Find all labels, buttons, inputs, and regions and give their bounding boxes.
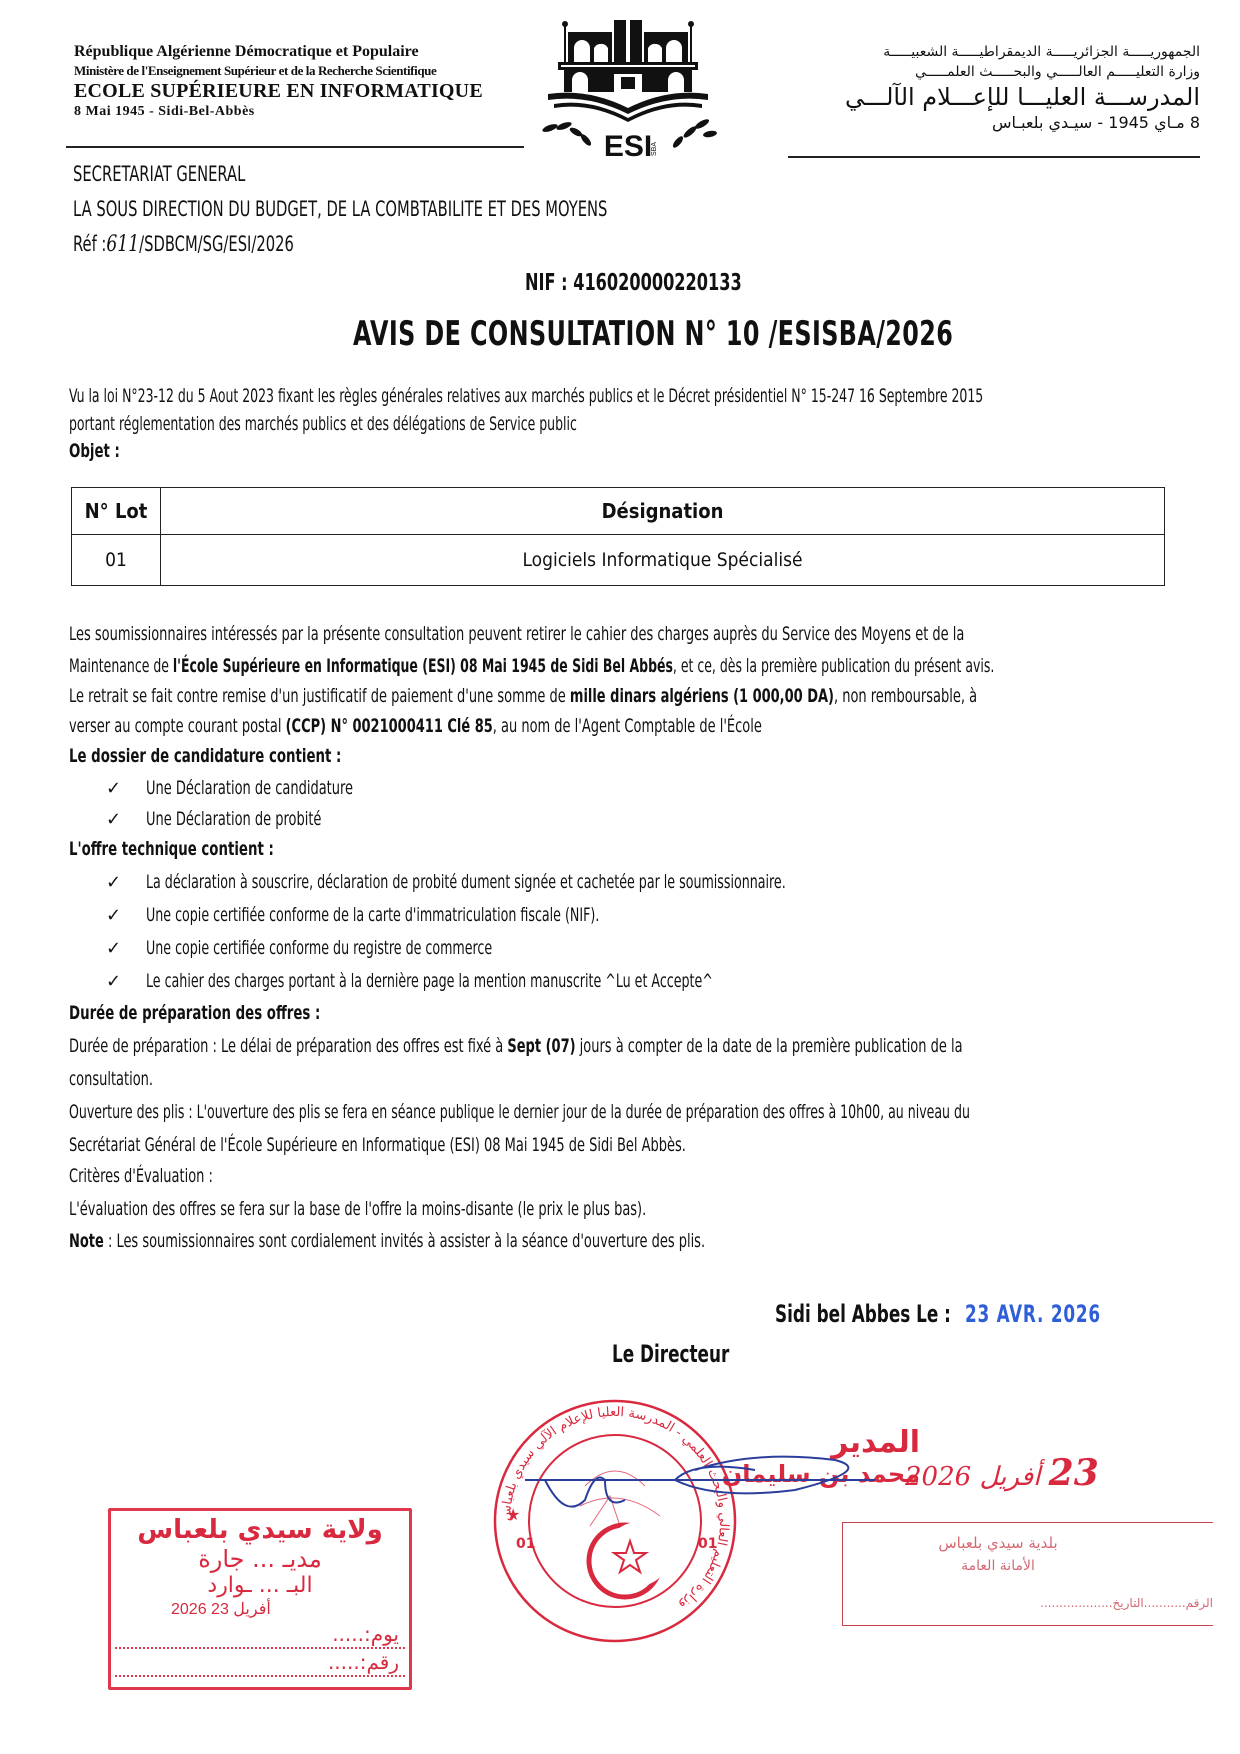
objet-heading: Objet : xyxy=(69,435,134,468)
republic-name-ar: الجمهوريـــــة الجزائريـــــة الديمقراطي… xyxy=(780,42,1200,62)
ouverture-line-1: Ouverture des plis : L'ouverture des pli… xyxy=(69,1096,1240,1129)
document-title: AVIS DE CONSULTATION N° 10 /ESISBA/2026 xyxy=(353,318,1123,351)
reference-number: Réf :611/SDBCM/SG/ESI/2026 xyxy=(73,228,356,261)
list-item: ✓Le cahier des charges portant à la dern… xyxy=(106,965,912,998)
header-rule-right xyxy=(788,156,1200,158)
date-stamp: 23 AVR. 2026 xyxy=(965,1300,1101,1328)
duree-heading: Durée de préparation des offres : xyxy=(69,997,391,1030)
column-header-lot: N° Lot xyxy=(72,488,161,535)
list-item: ✓La déclaration à souscrire, déclaration… xyxy=(106,866,1011,899)
table-row: 01 Logiciels Informatique Spécialisé xyxy=(72,535,1165,586)
handwritten-ref-number: 611 xyxy=(106,232,139,257)
lot-designation-cell: Logiciels Informatique Spécialisé xyxy=(161,535,1165,586)
ccp-number: (CCP) N° 0021000411 Clé 85 xyxy=(286,715,493,737)
retrait-line-3: Le retrait se fait contre remise d'un ju… xyxy=(69,680,1240,713)
school-location-ar: 8 مـاي 1945 - سيـدي بلعبـاس xyxy=(780,112,1200,134)
school-name-ar: المدرســـة العليـــا للإعـــلام الآلـــي xyxy=(780,82,1200,112)
checkmark-icon: ✓ xyxy=(106,965,146,998)
ouverture-line-2: Secrétariat Général de l'École Supérieur… xyxy=(69,1129,881,1162)
ministry-name-ar: وزارة التعليـــــم العالـــــي والبحــــ… xyxy=(780,62,1200,82)
sous-direction-label: LA SOUS DIRECTION DU BUDGET, DE LA COMBT… xyxy=(73,193,758,226)
logo-text: ESI xyxy=(604,130,652,163)
signatory-title: Le Directeur xyxy=(612,1338,762,1371)
republic-name: République Algérienne Démocratique et Po… xyxy=(74,42,494,62)
duree-line-1: Durée de préparation : Le délai de prépa… xyxy=(69,1030,1240,1063)
checkmark-icon: ✓ xyxy=(106,899,146,932)
duree-line-2: consultation. xyxy=(69,1063,180,1096)
nif-number: NIF : 416020000220133 xyxy=(525,267,803,300)
checkmark-icon: ✓ xyxy=(106,866,146,899)
column-header-designation: Désignation xyxy=(161,488,1165,535)
header-french: République Algérienne Démocratique et Po… xyxy=(74,42,494,121)
school-name: ECOLE SUPÉRIEURE EN INFORMATIQUE xyxy=(74,79,494,103)
evaluation-text: L'évaluation des offres se fera sur la b… xyxy=(69,1193,829,1226)
list-item: ✓Une Déclaration de candidature xyxy=(106,772,418,805)
checkmark-icon: ✓ xyxy=(106,772,146,805)
retrait-line-1: Les soumissionnaires intéressés par la p… xyxy=(69,618,1240,651)
list-item: ✓Une Déclaration de probité xyxy=(106,803,377,836)
header-arabic: الجمهوريـــــة الجزائريـــــة الديمقراطي… xyxy=(780,42,1200,134)
fee-amount: mille dinars algériens (1 000,00 DA) xyxy=(570,685,834,707)
svg-text:SBA: SBA xyxy=(651,142,658,156)
duration-days: Sept (07) xyxy=(507,1035,575,1057)
school-location: 8 Mai 1945 - Sidi-Bel-Abbès xyxy=(74,103,494,121)
municipality-stamp: بلدية سيدي بلعباس الأمانة العامة الرقم..… xyxy=(842,1522,1213,1626)
list-item: ✓Une copie certifiée conforme du registr… xyxy=(106,932,614,965)
wilaya-stamp: ولاية سيدي بلعباس مديـ ... جارة البـ ...… xyxy=(108,1508,412,1690)
svg-text:01: 01 xyxy=(516,1536,535,1552)
retrait-line-2: Maintenance de l'École Supérieure en Inf… xyxy=(69,650,1240,683)
offre-heading: L'offre technique contient : xyxy=(69,833,332,866)
lot-number-cell: 01 xyxy=(72,535,161,586)
list-item: ✓Une copie certifiée conforme de la cart… xyxy=(106,899,759,932)
checkmark-icon: ✓ xyxy=(106,803,146,836)
criteres-label: Critères d'Évaluation : xyxy=(69,1160,258,1193)
retrait-line-4: verser au compte courant postal (CCP) N°… xyxy=(69,710,981,743)
esi-logo: ESI SBA xyxy=(528,14,728,164)
preamble-line-2: portant réglementation des marchés publi… xyxy=(69,408,765,441)
note-label: Note xyxy=(69,1230,104,1252)
dossier-heading: Le dossier de candidature contient : xyxy=(69,740,418,773)
table-header-row: N° Lot Désignation xyxy=(72,488,1165,535)
ministry-name: Ministère de l'Enseignement Supérieur et… xyxy=(74,62,494,79)
note-text: Note : Les soumissionnaires sont cordial… xyxy=(69,1225,906,1258)
secretariat-label: SECRETARIAT GENERAL xyxy=(73,158,294,191)
stamp-date: 2026 أفريل 23 xyxy=(111,1599,409,1621)
place-and-date: Sidi bel Abbes Le :23 AVR. 2026 xyxy=(775,1298,1193,1331)
school-name-bold: l'École Supérieure en Informatique (ESI)… xyxy=(173,655,673,677)
checkmark-icon: ✓ xyxy=(106,932,146,965)
signature-scribble xyxy=(495,1440,975,1530)
svg-text:01: 01 xyxy=(698,1536,717,1552)
lot-table: N° Lot Désignation 01 Logiciels Informat… xyxy=(71,487,1165,586)
header-rule-left xyxy=(66,146,524,148)
